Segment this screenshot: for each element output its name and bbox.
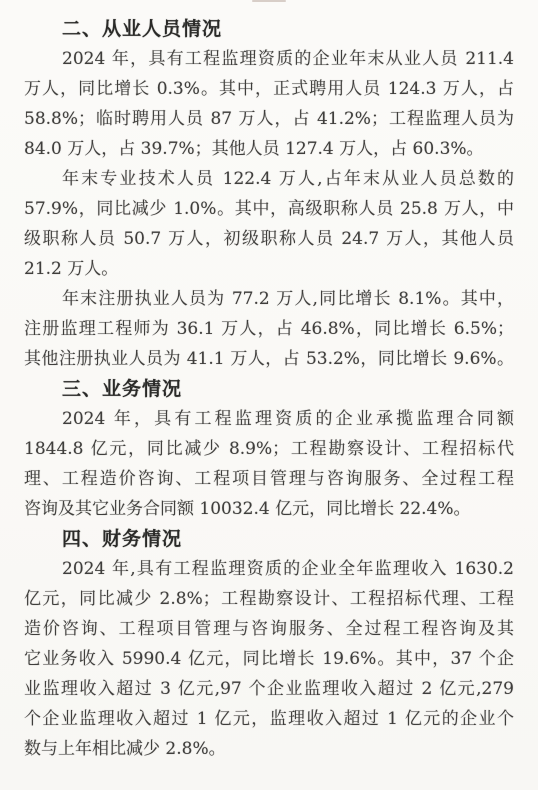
text-line: 万人，同比增长 0.3%。其中，正式聘用人员 124.3 万人，占 bbox=[24, 74, 514, 104]
text-line: 1844.8 亿元，同比减少 8.9%；工程勘察设计、工程招标代 bbox=[24, 434, 514, 464]
text-line: 2024 年,具有工程监理资质的企业全年监理收入 1630.2 bbox=[24, 554, 514, 584]
document-page: 二、从业人员情况 2024 年，具有工程监理资质的企业年末从业人员 211.4 … bbox=[0, 0, 538, 790]
text-line: 其他注册执业人员为 41.1 万人，占 53.2%，同比增长 9.6%。 bbox=[24, 344, 514, 374]
section-business: 三、业务情况 2024 年，具有工程监理资质的企业承揽监理合同额 1844.8 … bbox=[24, 374, 514, 524]
text-line: 年末注册执业人员为 77.2 万人,同比增长 8.1%。其中， bbox=[24, 284, 514, 314]
text-line: 年末专业技术人员 122.4 万人,占年末从业人员总数的 bbox=[24, 164, 514, 194]
text-line: 57.9%，同比减少 1.0%。其中，高级职称人员 25.8 万人，中 bbox=[24, 194, 514, 224]
text-line: 个企业监理收入超过 1 亿元，监理收入超过 1 亿元的企业个 bbox=[24, 704, 514, 734]
section-finance-heading: 四、财务情况 bbox=[24, 524, 514, 554]
text-line: 2024 年，具有工程监理资质的企业年末从业人员 211.4 bbox=[24, 44, 514, 74]
text-line: 咨询及其它业务合同额 10032.4 亿元，同比增长 22.4%。 bbox=[24, 494, 514, 524]
text-line: 业监理收入超过 3 亿元,97 个企业监理收入超过 2 亿元,279 bbox=[24, 674, 514, 704]
section-finance: 四、财务情况 2024 年,具有工程监理资质的企业全年监理收入 1630.2 亿… bbox=[24, 524, 514, 764]
section-business-heading: 三、业务情况 bbox=[24, 374, 514, 404]
text-line: 84.0 万人，占 39.7%；其他人员 127.4 万人，占 60.3%。 bbox=[24, 134, 514, 164]
text-line: 注册监理工程师为 36.1 万人，占 46.8%，同比增长 6.5%； bbox=[24, 314, 514, 344]
scan-edge-artifact bbox=[252, 0, 286, 2]
text-line: 亿元，同比减少 2.8%；工程勘察设计、工程招标代理、工程 bbox=[24, 584, 514, 614]
text-line: 造价咨询、工程项目管理与咨询服务、全过程工程咨询及其 bbox=[24, 614, 514, 644]
section-employment: 二、从业人员情况 2024 年，具有工程监理资质的企业年末从业人员 211.4 … bbox=[24, 14, 514, 374]
text-line: 数与上年相比减少 2.8%。 bbox=[24, 734, 514, 764]
text-line: 58.8%；临时聘用人员 87 万人，占 41.2%；工程监理人员为 bbox=[24, 104, 514, 134]
text-line: 2024 年，具有工程监理资质的企业承揽监理合同额 bbox=[24, 404, 514, 434]
section-employment-heading: 二、从业人员情况 bbox=[24, 14, 514, 44]
text-line: 级职称人员 50.7 万人，初级职称人员 24.7 万人，其他人员 bbox=[24, 224, 514, 254]
text-line: 理、工程造价咨询、工程项目管理与咨询服务、全过程工程 bbox=[24, 464, 514, 494]
text-line: 21.2 万人。 bbox=[24, 254, 514, 284]
text-line: 它业务收入 5990.4 亿元，同比增长 19.6%。其中，37 个企 bbox=[24, 644, 514, 674]
